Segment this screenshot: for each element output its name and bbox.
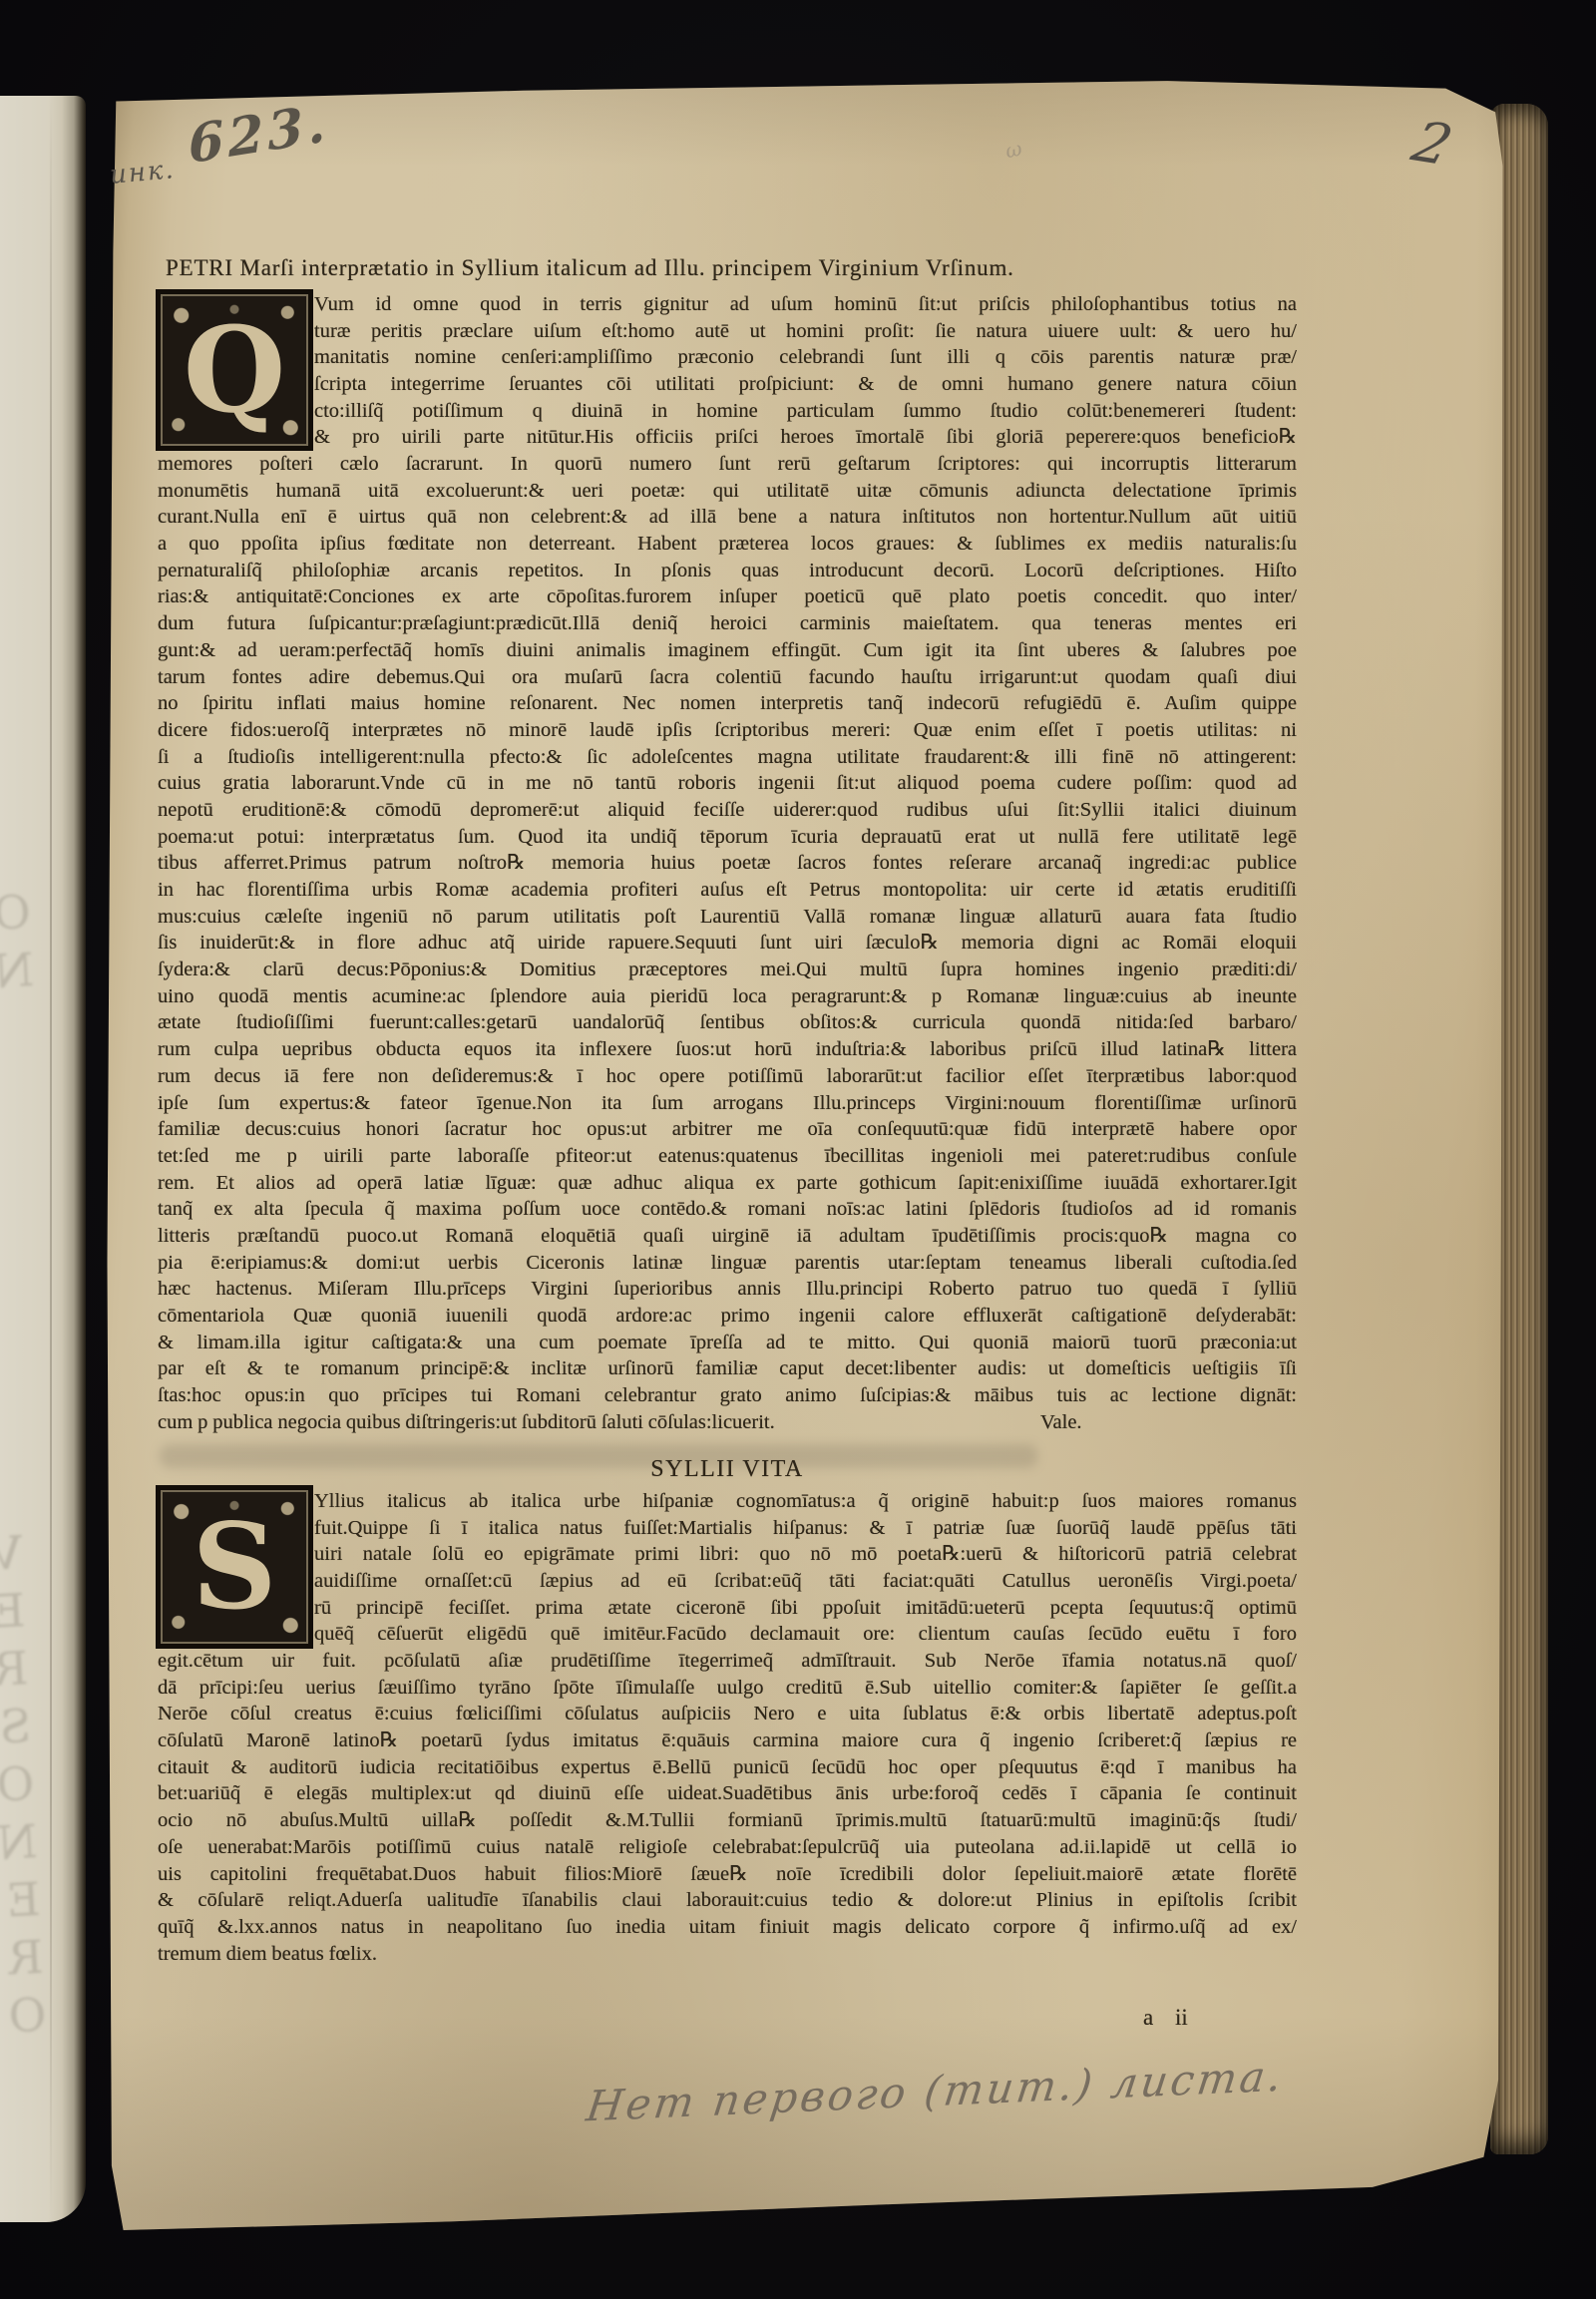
facing-page-edge: ON VERSONERO	[0, 96, 86, 2222]
text-line: rum culpa uepribus obducta equos ita inf…	[158, 1036, 1297, 1063]
text-line: tanq̃ ex alta ſpecula q̃ maxima poſſum u…	[158, 1196, 1297, 1223]
ghost-letter: E	[0, 1870, 42, 1930]
text-line: no ſpiritu inflati maius homine reſonare…	[158, 690, 1297, 717]
show-through-letters-column: VERSONERO	[0, 1523, 48, 2045]
vita-lines: egit.cētum uir fuit. pcōſulatū aſiæ prud…	[158, 1648, 1297, 1941]
woodcut-initial-Q: Q	[156, 289, 313, 451]
vita-heading: SYLLII VITA	[158, 1456, 1297, 1483]
text-line: ſi a ſtudioſis intelligerent:nulla pfect…	[158, 744, 1297, 771]
photograph-of-incunabulum-page: { "annotations": { "shelfmark_small": "и…	[0, 0, 1596, 2299]
text-line: cōſulatū Maronē latino℞ poetarū ſydus im…	[158, 1727, 1297, 1754]
dedication-last-line: cum p publica negocia quibus diſtringeri…	[158, 1409, 1055, 1436]
text-line: tet:ſed me p uirili parte laboraſſe pfit…	[158, 1143, 1297, 1170]
ghost-letter: S	[0, 1697, 33, 1756]
ghost-letter: V	[0, 1523, 24, 1583]
text-line: ſis inuiderūt:& in flore adhuc atq̃ uiri…	[158, 930, 1297, 957]
text-line: cōmentariola Quæ quoniā iuuenili quodā a…	[158, 1303, 1297, 1330]
text-line: fuit.Quippe ſi ī italica natus fuiſſet:M…	[314, 1515, 1297, 1542]
text-line: turæ peritis præclare uiſum eſt:homo aut…	[314, 318, 1297, 345]
text-line: dum futura ſuſpicantur:præſagiunt:prædic…	[158, 610, 1297, 637]
text-line: ſydera:& clarū decus:Pōponius:& Domitius…	[158, 957, 1297, 983]
text-line: tarum fontes adire debemus.Qui ora muſar…	[158, 664, 1297, 691]
text-line: hæc hactenus. Miſeram Illu.prīceps Virgi…	[158, 1276, 1297, 1303]
text-line: rem. Et alios ad operā latiæ līguæ: quæ …	[158, 1170, 1297, 1197]
text-line: curant.Nulla enī ē uirtus quā non celebr…	[158, 504, 1297, 531]
text-line: pernaturaliſq̃ philoſophiæ arcanis repet…	[158, 558, 1297, 584]
text-line: memores poſteri cælo ſacrarunt. In quorū…	[158, 451, 1297, 478]
text-line: & pro uirili parte nitūtur.His officiis …	[314, 424, 1297, 451]
shelfmark-prefix-inscription: инк.	[109, 155, 177, 191]
text-line: dicere fidos:ueroſq̃ interprætes nō mino…	[158, 717, 1297, 744]
text-line: ipſe ſum expertus:& fateor īgenue.Non it…	[158, 1090, 1297, 1117]
text-line: Yllius italicus ab italica urbe hiſpaniæ…	[314, 1488, 1297, 1515]
ghost-letter: N	[0, 941, 35, 1000]
text-line: cto:illiſq̃ potiſſimum q diuinā in homin…	[314, 398, 1297, 425]
text-line: Nerōe cōſul creatus ē:cuius fœliciſſimi …	[158, 1701, 1297, 1727]
text-line: & cōſularē reliqt.Aduerſa ualitudīe īſan…	[158, 1887, 1297, 1914]
text-line: auidiſſime ornaſſet:cū ſæpius ad eū ſcri…	[314, 1568, 1297, 1595]
ghost-letter: O	[5, 1986, 48, 2046]
text-line: citauit & auditorū iudicia recitatiōibus…	[158, 1754, 1297, 1781]
text-line: manitatis nomine cenſeri:ampliſſimo præc…	[314, 344, 1297, 371]
text-line: uiri natale ſolū eo epigrāmate primi lib…	[314, 1541, 1297, 1568]
text-line: ſcripta integerrime ſeruantes cōi utilit…	[314, 371, 1297, 398]
vale-word: Vale.	[1040, 1409, 1082, 1436]
text-line: uino quodā mentis acumine:ac ſplendore a…	[158, 983, 1297, 1010]
woodcut-initial-S: S	[156, 1485, 313, 1649]
text-line: ætate ſtudioſiſſimi fuerunt:calles:getar…	[158, 1009, 1297, 1036]
text-line: mus:cuius cæleſte ingeniū nō parum utili…	[158, 904, 1297, 931]
dedication-heading: PETRI Marſi interprætatio in Syllium ita…	[166, 255, 1014, 281]
text-line: a quo ppoſita ipſius fœditate non deterr…	[158, 531, 1297, 558]
signature-mark-a: a	[1143, 2005, 1153, 2031]
text-line: quēq̃ cēſuerūt eligēdū quē imitēur.Facūd…	[314, 1621, 1297, 1648]
ghost-letter: O	[0, 883, 32, 943]
text-line: tibus afferret.Primus patrum noſtro℞ mem…	[158, 850, 1297, 877]
ghost-letter: N	[0, 1812, 39, 1872]
text-line: rū principē feciſſet. prima ætate cicero…	[314, 1595, 1297, 1622]
text-line: nepotū eruditionē:& cōmodū depromerē:ut …	[158, 797, 1297, 824]
ghost-letter: R	[2, 1928, 45, 1988]
text-line: litteris præſtandū puoco.ut Romanā eloqu…	[158, 1223, 1297, 1250]
text-line: poema:ut potui: interprætatus ſum. Quod …	[158, 824, 1297, 851]
text-line: ocio nō abuſus.Multū uilla℞ poſſedit &.M…	[158, 1807, 1297, 1834]
vita-last-line: tremum diem beatus fœlix.	[158, 1941, 656, 1968]
dedication-indented-lines: Vum id omne quod in terris gignitur ad u…	[314, 291, 1297, 451]
text-line: uis capitolini frequētabat.Duos habuit f…	[158, 1861, 1297, 1888]
text-line: gunt:& ad ueram:perfectāq̃ homīs diuini …	[158, 637, 1297, 664]
text-line: egit.cētum uir fuit. pcōſulatū aſiæ prud…	[158, 1648, 1297, 1675]
ghost-letter: E	[0, 1581, 27, 1641]
text-line: rum decus iā fere non deſideremus:& ī ho…	[158, 1063, 1297, 1090]
text-line: dā prīcipi:ſeu uerius ſæuiſſimo tyrāno ſ…	[158, 1675, 1297, 1702]
text-line: ſtas:hoc opus:in quo prīcipes tui Romani…	[158, 1382, 1297, 1409]
text-line: quīq̃ &.lxx.annos natus in neapolitano ſ…	[158, 1914, 1297, 1941]
text-line: & limam.illa igitur caſtigata:& una cum …	[158, 1330, 1297, 1356]
text-line: monumētis humanā uitā excoluerunt:& ueri…	[158, 478, 1297, 505]
show-through-letters-top: ON	[0, 883, 35, 1000]
text-line: pia ē:eripiamus:& domi:ut uerbis Ciceron…	[158, 1250, 1297, 1277]
text-line: oſe uenerabat:Marōis potiſſimū cuius nat…	[158, 1834, 1297, 1861]
dedication-lines: memores poſteri cælo ſacrarunt. In quorū…	[158, 451, 1297, 1409]
text-line: par eſt & te romanum principē:& inclitæ …	[158, 1355, 1297, 1382]
vita-indented-lines: Yllius italicus ab italica urbe hiſpaniæ…	[314, 1488, 1297, 1648]
text-line: rias:& antiquitatē:Conciones ex arte cōp…	[158, 583, 1297, 610]
text-line: in hac florentiſſima urbis Romæ academia…	[158, 877, 1297, 904]
text-line: bet:uariūq̃ ē elegās multiplex:ut qd diu…	[158, 1780, 1297, 1807]
ghost-letter: R	[0, 1639, 30, 1699]
text-line: cuius gratia laborarunt.Vnde cū in me nō…	[158, 770, 1297, 797]
ghost-letter: O	[0, 1754, 36, 1814]
text-line: familiæ decus:cuius honori ſacratur hoc …	[158, 1116, 1297, 1143]
signature-mark-ii: ii	[1175, 2005, 1188, 2031]
text-line: Vum id omne quod in terris gignitur ad u…	[314, 291, 1297, 318]
